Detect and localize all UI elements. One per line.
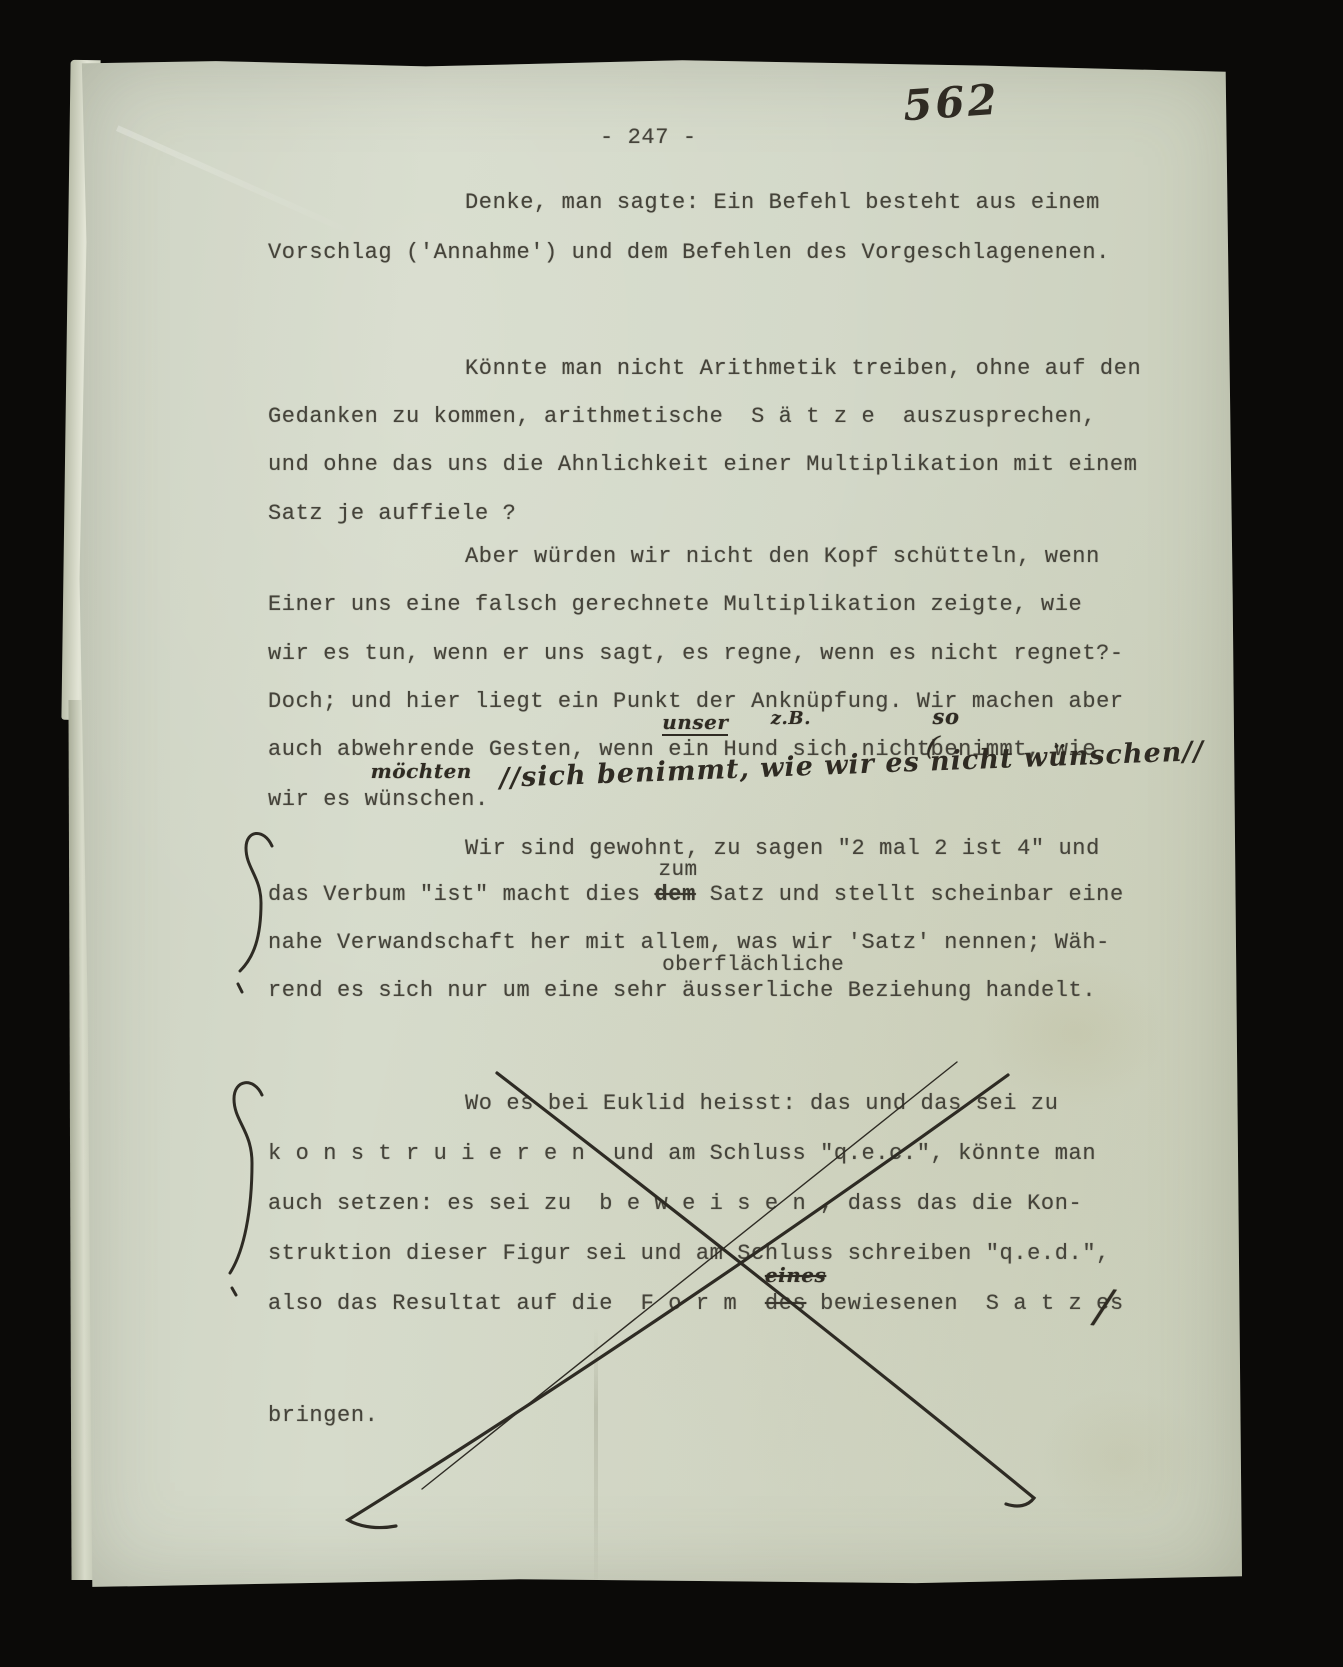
typed-line: Einer uns eine falsch gerechnete Multipl… [268, 592, 1082, 617]
sheet-number-handwritten: 562 [901, 75, 1001, 131]
typed-line: bringen. [268, 1403, 378, 1428]
corrected-word: zumdem [654, 882, 695, 907]
paper-stain [1036, 1388, 1206, 1528]
typed-line-verbum: das Verbum "ist" macht dies zumdem Satz … [268, 882, 1124, 907]
typed-line: und ohne das uns die Ahnlichkeit einer M… [268, 452, 1138, 477]
typed-correction-oberflaechliche: oberflächliche [662, 954, 844, 977]
typed-line: Vorschlag ('Annahme') und dem Befehlen d… [268, 240, 1110, 265]
typed-segment: Beziehung handelt. [834, 978, 1096, 1003]
typed-line-wuenschen: wir es möchtenwünschen. [268, 787, 489, 812]
typed-line: Wir sind gewohnt, zu sagen "2 mal 2 ist … [465, 836, 1100, 861]
typed-correction-zum: zum [658, 859, 697, 882]
typed-segment: das Verbum "ist" macht dies [268, 882, 654, 907]
handwritten-zb: z.B. [771, 708, 811, 729]
typed-segment: wünschen. [365, 787, 489, 812]
page-number: - 247 - [600, 125, 697, 150]
slashed-letter: /s [1110, 1291, 1124, 1316]
typed-line: Wo es bei Euklid heisst: das und das sei… [465, 1091, 1059, 1116]
struck-word: dem [654, 882, 695, 907]
annotated-word: möchtenwünschen. [365, 787, 489, 812]
typed-line: Gedanken zu kommen, arithmetische S ä t … [268, 404, 1096, 429]
paper-crease-top [116, 125, 356, 236]
typed-line: nahe Verwandschaft her mit allem, was wi… [268, 930, 1110, 955]
typed-line: Aber würden wir nicht den Kopf schütteln… [465, 544, 1100, 569]
typed-segment: rend es sich nur um eine sehr [268, 978, 682, 1003]
handwritten-moechten: möchten [371, 759, 472, 783]
handwritten-eines-struck: eines [765, 1263, 826, 1287]
typed-line-aeusserlich: rend es sich nur um eine sehr oberflächl… [268, 978, 1096, 1003]
typed-line: wir es tun, wenn er uns sagt, es regne, … [268, 641, 1124, 666]
typed-line-form: also das Resultat auf die F o r m einesd… [268, 1291, 1124, 1316]
handwritten-so: so [933, 704, 960, 729]
typed-segment: Satz und stellt scheinbar eine [696, 882, 1124, 907]
struck-word: des [765, 1291, 806, 1316]
corrected-word: oberflächlicheäusserliche [682, 978, 834, 1003]
typed-line: Denke, man sagte: Ein Befehl besteht aus… [465, 190, 1100, 215]
typed-line: auch setzen: es sei zu b e w e i s e n ,… [268, 1191, 1082, 1216]
handwritten-unser: unser [662, 710, 728, 736]
typescript-page [76, 58, 1242, 1590]
corrected-word: einesdes [765, 1291, 806, 1316]
typed-segment: also das Resultat auf die F o r m [268, 1291, 765, 1316]
typed-line: k o n s t r u i e r e n und am Schluss "… [268, 1141, 1096, 1166]
typed-segment: wir es [268, 787, 365, 812]
typed-segment: äusserliche [682, 978, 834, 1003]
typed-line: Satz je auffiele ? [268, 501, 516, 526]
typed-line: Könnte man nicht Arithmetik treiben, ohn… [465, 356, 1141, 381]
typed-segment: bewiesenen S a t z e [806, 1291, 1110, 1316]
typed-line: struktion dieser Figur sei und am Schlus… [268, 1241, 1110, 1266]
scanned-typescript-photo: 562 - 247 - Denke, man sagte: Ein Befehl… [0, 0, 1343, 1667]
paper-crease [594, 1328, 598, 1596]
